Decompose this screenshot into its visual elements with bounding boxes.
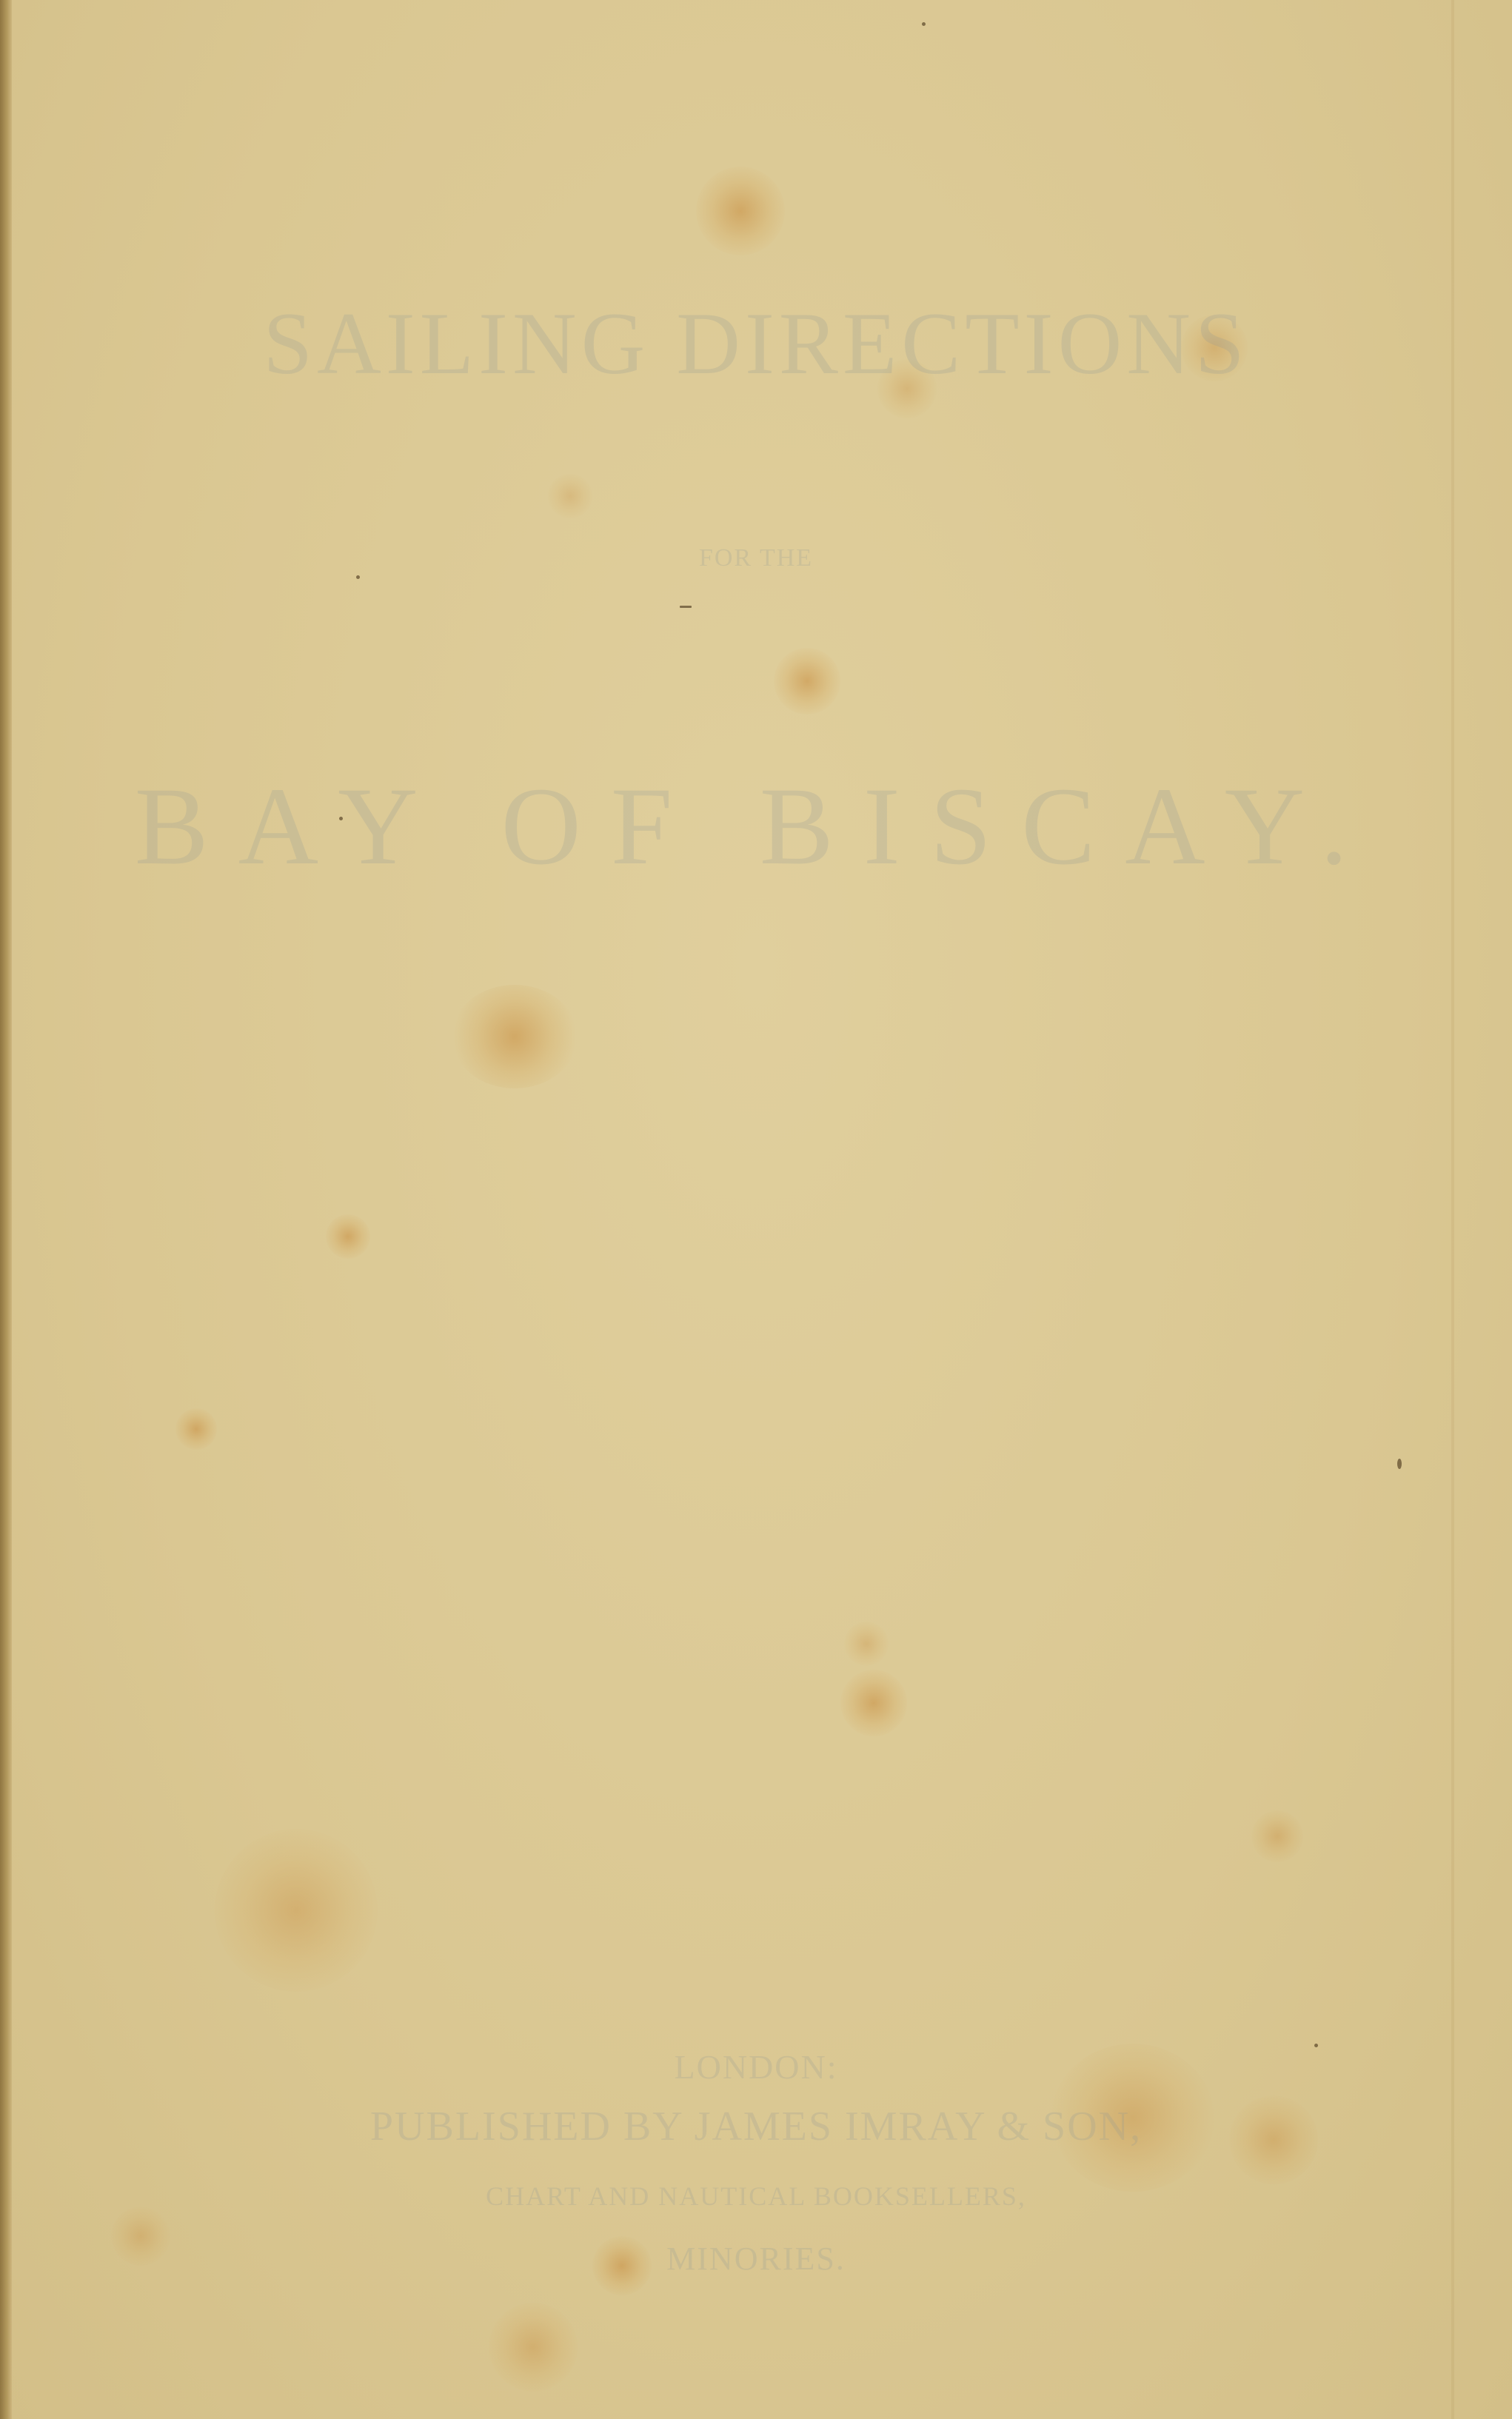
bleed-through-imprint-trade: CHART AND NAUTICAL BOOKSELLERS,: [0, 2181, 1512, 2212]
foxing-stain: [326, 1214, 370, 1259]
speck: [922, 22, 926, 26]
foxing-stain: [844, 1622, 889, 1666]
foxing-stain: [452, 985, 578, 1088]
foxing-stain: [489, 2303, 578, 2392]
foxing-stain: [215, 1829, 378, 1992]
speck: [1397, 1459, 1402, 1469]
bleed-through-title: SAILING DIRECTIONS: [0, 292, 1512, 395]
bleed-through-imprint-place: LONDON:: [0, 2047, 1512, 2087]
foxing-stain: [774, 648, 840, 715]
foxing-stain: [175, 1408, 217, 1450]
foxing-stain: [548, 474, 592, 518]
speck: [680, 606, 692, 608]
bleed-through-imprint-publisher: PUBLISHED BY JAMES IMRAY & SON,: [0, 2103, 1512, 2150]
bleed-through-for-the: FOR THE: [0, 544, 1512, 572]
bleed-through-bay-of-biscay: BAY OF BISCAY.: [0, 763, 1512, 890]
foxing-stain: [1251, 1810, 1303, 1862]
bleed-through-imprint-address: MINORIES.: [0, 2240, 1512, 2278]
speck: [356, 575, 360, 579]
foxing-stain: [840, 1670, 907, 1736]
foxing-stain: [696, 167, 785, 255]
